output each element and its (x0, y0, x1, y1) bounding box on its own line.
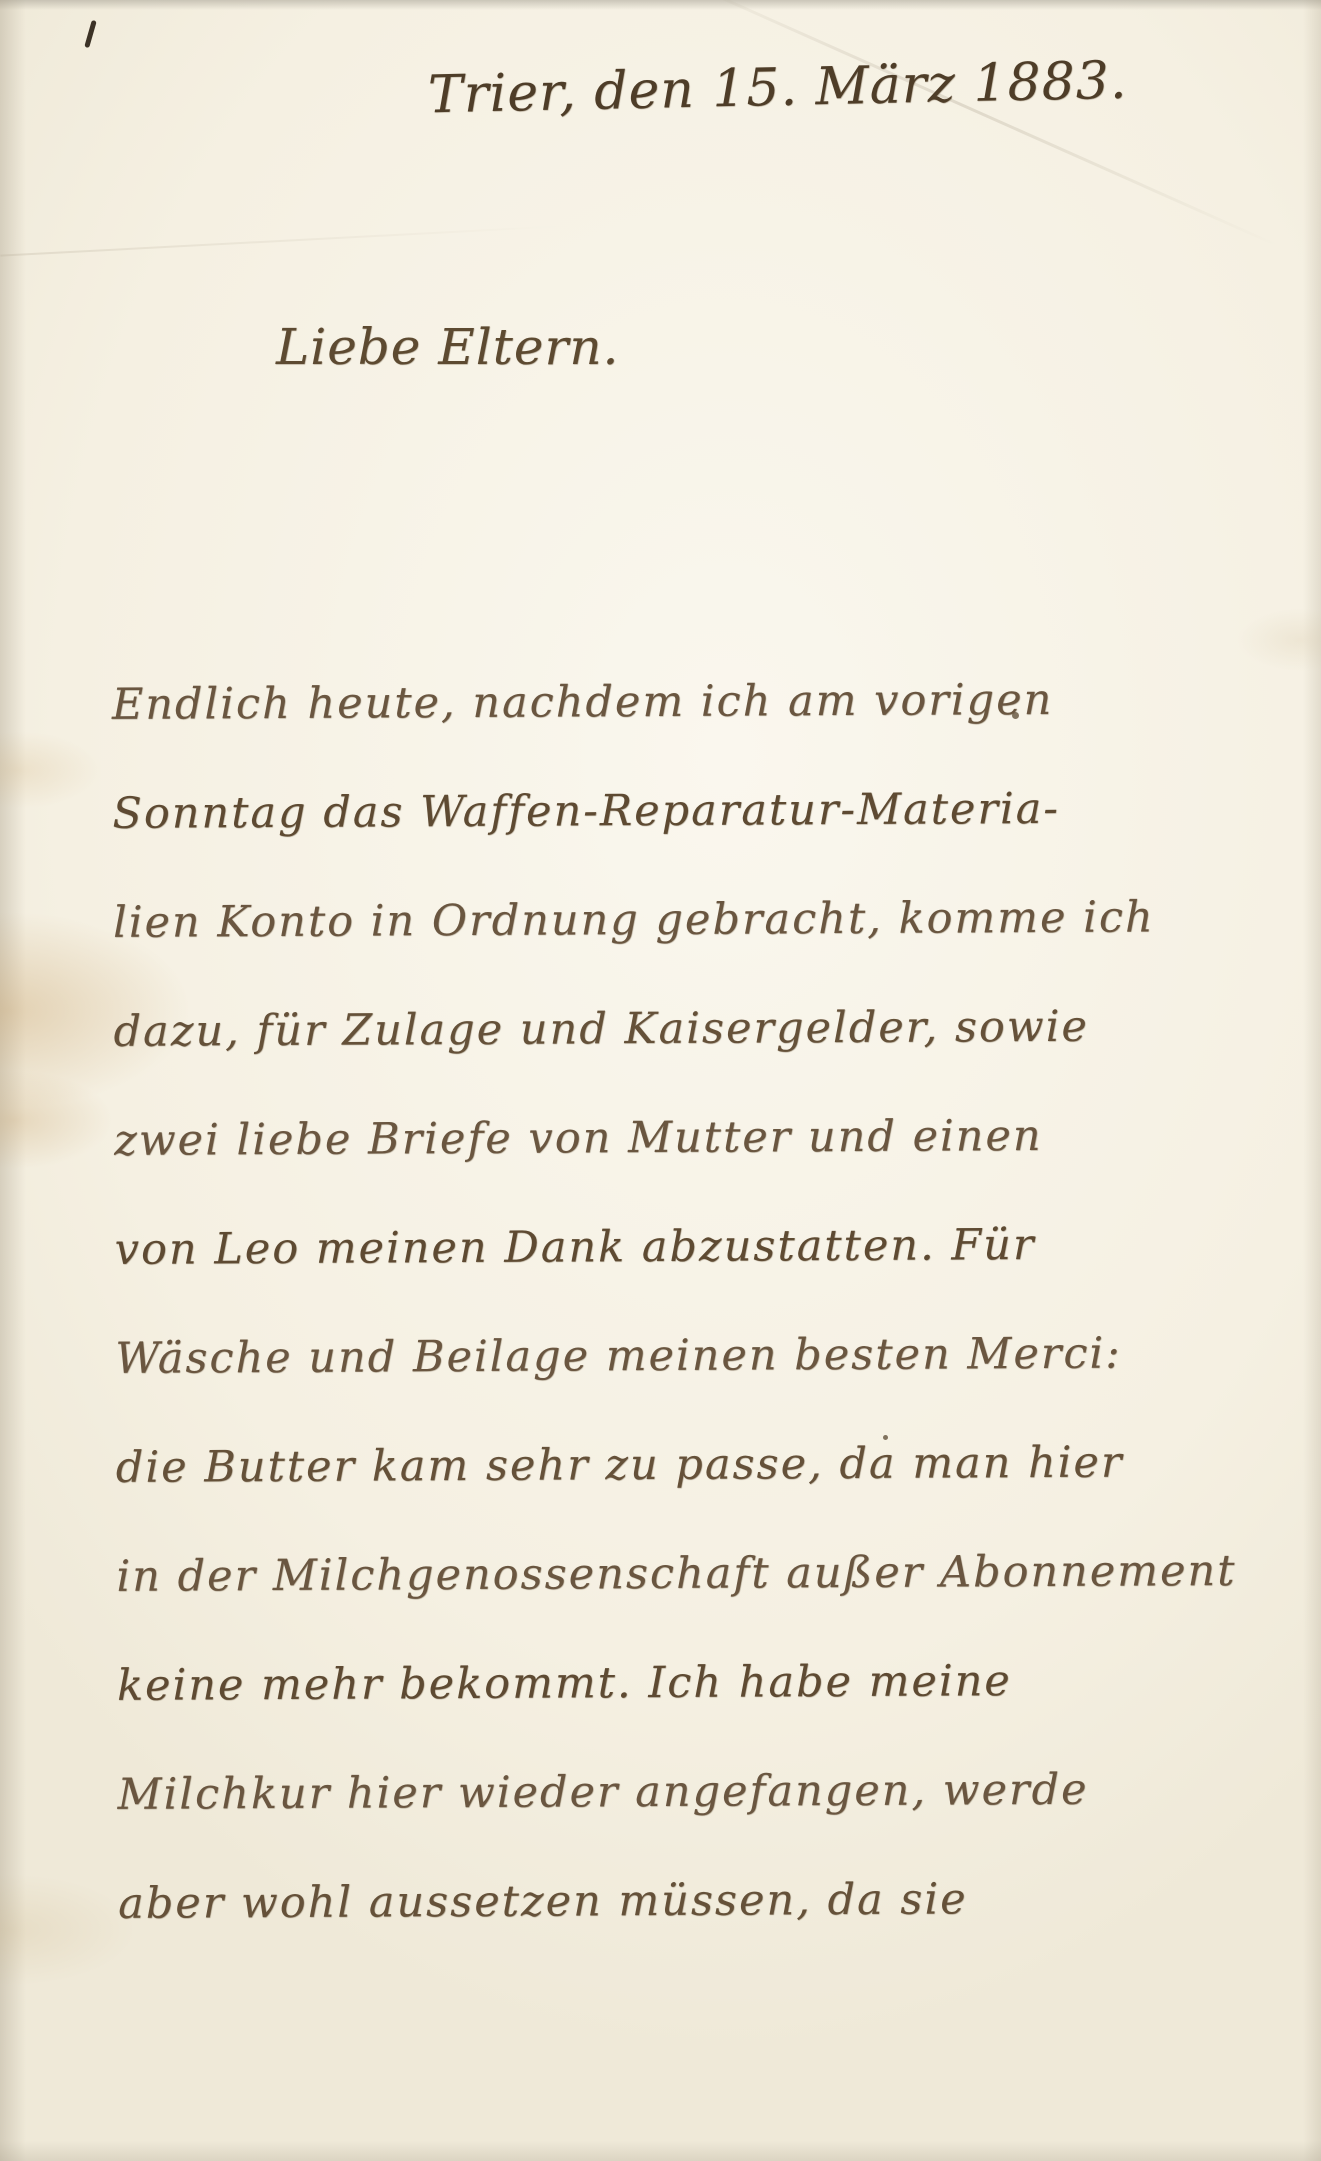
body-line: dazu, für Zulage und Kaisergelder, sowie (113, 972, 1265, 1087)
body-line: Milchkur hier wieder angefangen, werde (117, 1735, 1269, 1850)
letter-page: Trier, den 15. März 1883. Liebe Eltern. … (0, 0, 1321, 2161)
ink-mark (84, 20, 97, 48)
body-line: die Butter kam sehr zu passe, da man hie… (116, 1408, 1268, 1523)
body-line: in der Milchgenossenschaft außer Abonnem… (116, 1517, 1268, 1632)
body-line: Endlich heute, nachdem ich am vorigen (112, 645, 1264, 760)
salutation: Liebe Eltern. (276, 318, 619, 376)
dateline: Trier, den 15. März 1883. (427, 51, 1127, 126)
paper-crease (0, 225, 559, 256)
body-line: lien Konto in Ordnung gebracht, komme ic… (113, 863, 1265, 978)
body-line: keine mehr bekommt. Ich habe meine (117, 1626, 1269, 1741)
body-line: aber wohl aussetzen müssen, da sie (118, 1844, 1270, 1959)
body-line: zwei liebe Briefe von Mutter und einen (114, 1081, 1266, 1196)
body-line: von Leo meinen Dank abzustatten. Für (114, 1190, 1266, 1305)
paper-crease (639, 0, 1280, 247)
body-line: Sonntag das Waffen-Reparatur-Materia- (112, 754, 1264, 869)
body-line: Wäsche und Beilage meinen besten Merci: (115, 1299, 1267, 1414)
letter-body: Endlich heute, nachdem ich am vorigen So… (0, 645, 1321, 1960)
